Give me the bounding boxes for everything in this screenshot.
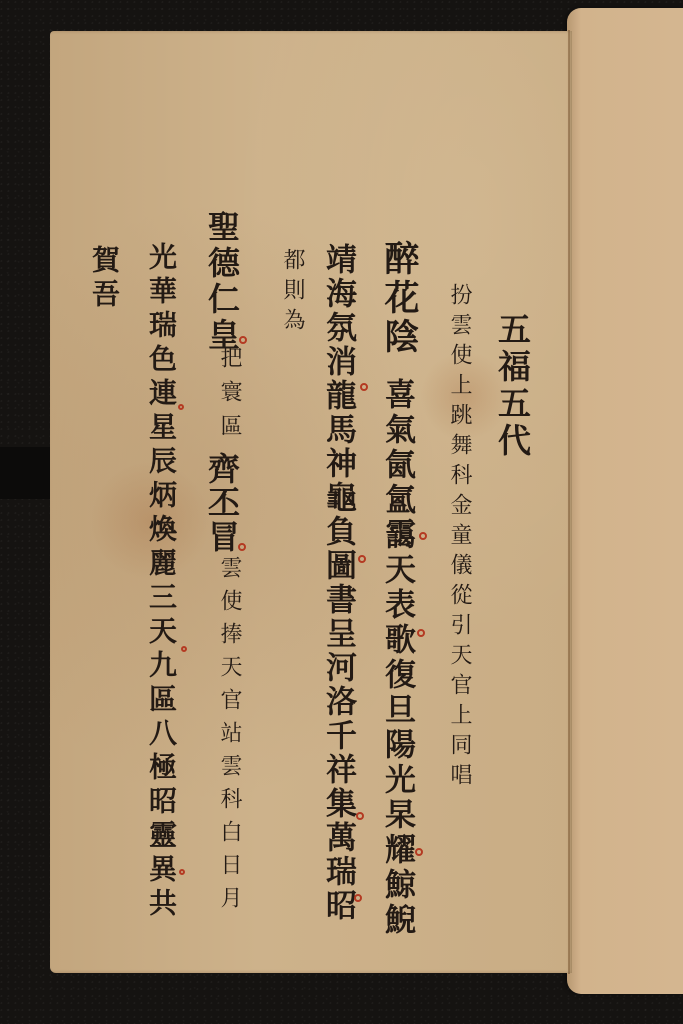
punctuation-mark [417, 629, 425, 637]
binding-clip [0, 447, 52, 499]
lyric-line-4: 光華瑞色連星辰炳煥麗三天九區八極昭靈異共 [147, 242, 175, 922]
lyric-ba-huanqu: 把寰區 [218, 346, 240, 448]
left-page [50, 31, 572, 973]
page-gutter [568, 30, 570, 974]
punctuation-mark [179, 869, 185, 875]
stage-direction-1: 扮雲使上跳舞科金童儀從引天官上同唱 [448, 283, 470, 793]
punctuation-mark [238, 543, 246, 551]
punctuation-mark [419, 532, 427, 540]
lyric-line-1: 喜氣氤氳靄天表歌復旦陽光杲耀鯨鯢 [381, 378, 412, 938]
lyric-line-3: 都則為 [281, 248, 303, 338]
lyric-qi-pimao: 齊丕冒 [206, 452, 238, 554]
right-page-edge [567, 8, 683, 994]
punctuation-mark [181, 646, 187, 652]
tune-title-zuihuayin: 醉花陰 [382, 240, 417, 357]
punctuation-mark [358, 555, 366, 563]
punctuation-mark [239, 336, 247, 344]
lyric-line-2: 靖海氛消龍馬神龜負圖書呈河洛千祥集萬瑞昭 [322, 243, 353, 923]
lyric-line-5: 賀吾 [90, 245, 118, 313]
punctuation-mark [356, 812, 364, 820]
lyric-shengde-renhuang: 聖德仁皇 [206, 210, 238, 354]
punctuation-mark [354, 894, 362, 902]
punctuation-mark [415, 848, 423, 856]
stage-direction-2: 雲使捧天官站雲科白日月 [218, 556, 240, 919]
punctuation-mark [178, 404, 184, 410]
heading-wufu-wudai: 五福五代 [496, 312, 529, 460]
punctuation-mark [360, 383, 368, 391]
